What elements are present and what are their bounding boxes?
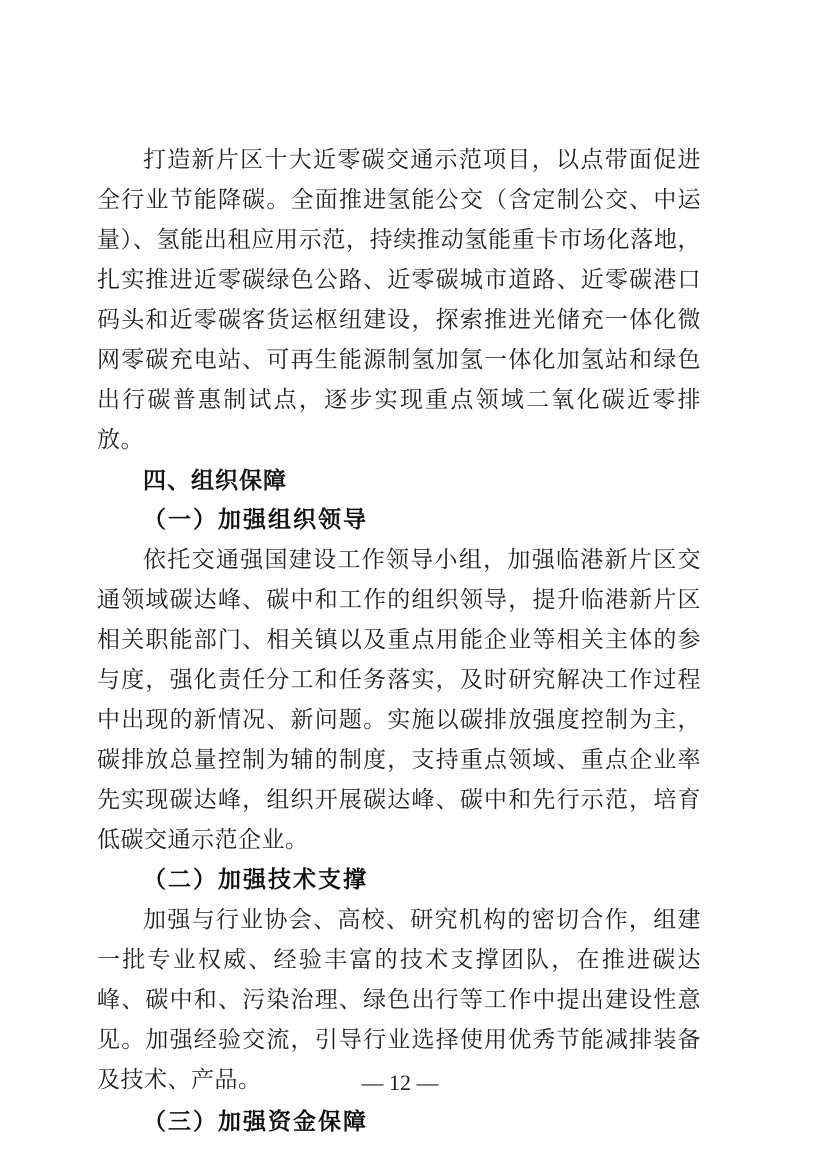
section-heading-4-organizational-safeguards: 四、组织保障 [97,460,701,500]
document-body: 打造新片区十大近零碳交通示范项目，以点带面促进全行业节能降碳。全面推进氢能公交（… [97,140,701,1142]
paragraph-transport-demo-projects: 打造新片区十大近零碳交通示范项目，以点带面促进全行业节能降碳。全面推进氢能公交（… [97,140,701,460]
subsection-heading-3-strengthen-funding-guarantee: （三）加强资金保障 [97,1102,701,1142]
subsection-heading-1-strengthen-organizational-leadership: （一）加强组织领导 [97,500,701,540]
document-page: 打造新片区十大近零碳交通示范项目，以点带面促进全行业节能降碳。全面推进氢能公交（… [0,0,826,1169]
page-footer: — 12 — [0,1068,800,1098]
paragraph-organizational-leadership: 依托交通强国建设工作领导小组，加强临港新片区交通领域碳达峰、碳中和工作的组织领导… [97,540,701,860]
page-number: — 12 — [352,1070,449,1095]
subsection-heading-2-strengthen-technical-support: （二）加强技术支撑 [97,860,701,900]
